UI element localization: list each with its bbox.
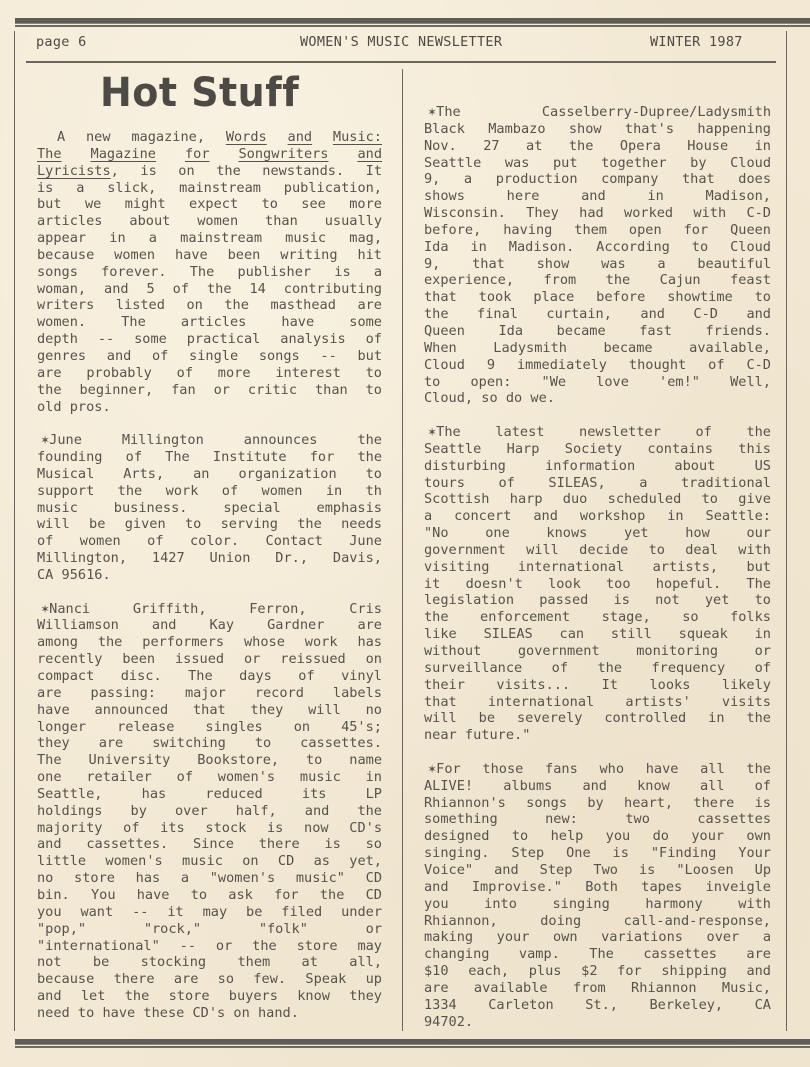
text-line: ALIVE! albums and know all of — [424, 778, 771, 795]
text-line: support the work of women in th — [37, 483, 382, 500]
text-line: that international artists' visits — [424, 694, 771, 711]
text-line: 9, a production company that does — [424, 171, 771, 188]
text-line: "international" -- or the store may — [37, 938, 382, 955]
text-line: music business. special emphasis — [37, 500, 382, 517]
text-line: "No one knows yet how our — [424, 525, 771, 542]
text-line: singing. Step One is "Finding Your — [424, 845, 771, 862]
left-column: A new magazine, Words and Music:The Maga… — [37, 129, 382, 1022]
text-line: Millington, 1427 Union Dr., Davis, — [37, 550, 382, 567]
text-line: compact disc. The days of vinyl — [37, 668, 382, 685]
text-line: A new magazine, Words and Music: — [37, 129, 382, 146]
text-line: Seattle was put together by Cloud — [424, 155, 771, 172]
text-line: you want -- it may be filed under — [37, 904, 382, 921]
text-line: will be given to serving the needs — [37, 516, 382, 533]
text-line: Voice" and Step Two is "Loosen Up — [424, 862, 771, 879]
text-line: it doesn't look too hopeful. The — [424, 576, 771, 593]
text-line: longer release singles on 45's; — [37, 719, 382, 736]
text-line: women. The articles have some — [37, 314, 382, 331]
text-line: will be severely controlled in the — [424, 710, 771, 727]
text-line: surveillance of the frequency of — [424, 660, 771, 677]
text-line: shows here and in Madison, — [424, 188, 771, 205]
text-line: depth -- some practical analysis of — [37, 331, 382, 348]
text-line: designed to help you do your own — [424, 828, 771, 845]
text-line: one retailer of women's music in — [37, 769, 382, 786]
text-line: have announced that they will no — [37, 702, 382, 719]
text-line: without government monitoring or — [424, 643, 771, 660]
publication-title: WOMEN'S MUSIC NEWSLETTER — [300, 34, 502, 50]
text-line: Scottish harp duo scheduled to give — [424, 491, 771, 508]
text-line: not be stocking them at all, — [37, 954, 382, 971]
text-line: majority of its stock is now CD's — [37, 820, 382, 837]
bottom-border-rule — [15, 1039, 810, 1045]
article-casselberry-dupree: ✶The Casselberry-Dupree/LadysmithBlack M… — [424, 104, 771, 407]
text-line: Seattle Harp Society contains this — [424, 441, 771, 458]
page-number: page 6 — [36, 34, 87, 50]
right-frame-line — [786, 31, 787, 1031]
top-border-rule — [15, 18, 810, 24]
text-line: tours of SILEAS, a traditional — [424, 475, 771, 492]
text-line: and cassettes. Since there is so — [37, 836, 382, 853]
text-line: visiting international artists, but — [424, 559, 771, 576]
text-line: government will decide to deal with — [424, 542, 771, 559]
article-june-millington: ✶June Millington announces thefounding o… — [37, 432, 382, 584]
text-line: recently been issued or reissued on — [37, 651, 382, 668]
text-line: When Ladysmith became available, — [424, 340, 771, 357]
text-line: are probably of more interest to — [37, 365, 382, 382]
text-line: appear in a mainstream music mag, — [37, 230, 382, 247]
left-frame-line — [14, 31, 15, 1031]
text-line: bin. You have to ask for the CD — [37, 887, 382, 904]
article-seattle-harp-society: ✶The latest newsletter of theSeattle Har… — [424, 424, 771, 744]
text-line: Wisconsin. They had worked with C-D — [424, 205, 771, 222]
text-line: the final curtain, and C-D and — [424, 306, 771, 323]
text-line: are available from Rhiannon Music, — [424, 980, 771, 997]
header-rule — [26, 61, 776, 63]
text-line: that took place before showtime to — [424, 289, 771, 306]
text-line: among the performers whose work has — [37, 634, 382, 651]
text-line: they are switching to cassettes. — [37, 735, 382, 752]
text-line: before, having them open for Queen — [424, 222, 771, 239]
article-compact-disc: ✶Nanci Griffith, Ferron, CrisWilliamson … — [37, 601, 382, 1022]
text-line: holdings by over half, and the — [37, 803, 382, 820]
text-line: ✶June Millington announces the — [37, 432, 382, 449]
text-line: something new: two cassettes — [424, 811, 771, 828]
text-line: Nov. 27 at the Opera House in — [424, 138, 771, 155]
text-line: Ida in Madison. According to Cloud — [424, 239, 771, 256]
text-line: genres and of single songs -- but — [37, 348, 382, 365]
text-line: woman, and 5 of the 14 contributing — [37, 281, 382, 298]
newsletter-page: page 6 WOMEN'S MUSIC NEWSLETTER WINTER 1… — [0, 0, 810, 1067]
text-line: no store has a "women's music" CD — [37, 870, 382, 887]
article-rhiannon-cassettes: ✶For those fans who have all theALIVE! a… — [424, 761, 771, 1031]
text-line: the beginner, fan or critic than to — [37, 382, 382, 399]
text-line: is a slick, mainstream publication, — [37, 180, 382, 197]
text-line: need to have these CD's on hand. — [37, 1005, 382, 1022]
text-line: Queen Ida became fast friends. — [424, 323, 771, 340]
text-line: Seattle, has reduced its LP — [37, 786, 382, 803]
text-line: songs forever. The publisher is a — [37, 264, 382, 281]
text-line: Rhiannon's songs by heart, there is — [424, 795, 771, 812]
text-line: to open: "We love 'em!" Well, — [424, 374, 771, 391]
text-line: making your own variations over a — [424, 929, 771, 946]
text-line: their visits... It looks likely — [424, 677, 771, 694]
text-line: changing vamp. The cassettes are — [424, 946, 771, 963]
issue-date: WINTER 1987 — [650, 34, 743, 50]
text-line: Black Mambazo show that's happening — [424, 121, 771, 138]
text-line: are passing: major record labels — [37, 685, 382, 702]
text-line: and let the store buyers know they — [37, 988, 382, 1005]
text-line: old pros. — [37, 399, 382, 416]
article-words-and-music: A new magazine, Words and Music:The Maga… — [37, 129, 382, 415]
text-line: ✶Nanci Griffith, Ferron, Cris — [37, 601, 382, 618]
text-line: near future." — [424, 727, 771, 744]
text-line: legislation passed is not yet to — [424, 592, 771, 609]
text-line: a concert and workshop in Seattle: — [424, 508, 771, 525]
text-line: because women have been writing hit — [37, 247, 382, 264]
text-line: writers listed on the masthead are — [37, 297, 382, 314]
text-line: CA 95616. — [37, 567, 382, 584]
text-line: The Magazine for Songwriters and — [37, 146, 382, 163]
text-line: founding of The Institute for the — [37, 449, 382, 466]
text-line: because there are so few. Speak up — [37, 971, 382, 988]
text-line: 9, that show was a beautiful — [424, 256, 771, 273]
text-line: like SILEAS can still squeak in — [424, 626, 771, 643]
text-line: Musical Arts, an organization to — [37, 466, 382, 483]
text-line: Lyricists, is on the newstands. It — [37, 163, 382, 180]
text-line: 94702. — [424, 1014, 771, 1031]
text-line: "pop," "rock," "folk" or — [37, 921, 382, 938]
text-line: ✶For those fans who have all the — [424, 761, 771, 778]
text-line: but we might expect to see more — [37, 196, 382, 213]
text-line: ✶The latest newsletter of the — [424, 424, 771, 441]
text-line: and Improvise." Both tapes inveigle — [424, 879, 771, 896]
text-line: of women of color. Contact June — [37, 533, 382, 550]
text-line: you into singing harmony with — [424, 896, 771, 913]
column-divider — [402, 69, 403, 1031]
text-line: Cloud, so do we. — [424, 390, 771, 407]
text-line: Williamson and Kay Gardner are — [37, 617, 382, 634]
text-line: ✶The Casselberry-Dupree/Ladysmith — [424, 104, 771, 121]
right-column: ✶The Casselberry-Dupree/LadysmithBlack M… — [424, 104, 771, 1030]
text-line: experience, from the Cajun feast — [424, 272, 771, 289]
text-line: $10 each, plus $2 for shipping and — [424, 963, 771, 980]
text-line: Cloud 9 immediately thought of C-D — [424, 357, 771, 374]
text-line: articles about women than usually — [37, 213, 382, 230]
text-line: Rhiannon, doing call-and-response, — [424, 913, 771, 930]
page-headline: Hot Stuff — [100, 70, 299, 116]
text-line: 1334 Carleton St., Berkeley, CA — [424, 997, 771, 1014]
text-line: the enforcement stage, so folks — [424, 609, 771, 626]
text-line: little women's music on CD as yet, — [37, 853, 382, 870]
text-line: The University Bookstore, to name — [37, 752, 382, 769]
text-line: disturbing information about US — [424, 458, 771, 475]
